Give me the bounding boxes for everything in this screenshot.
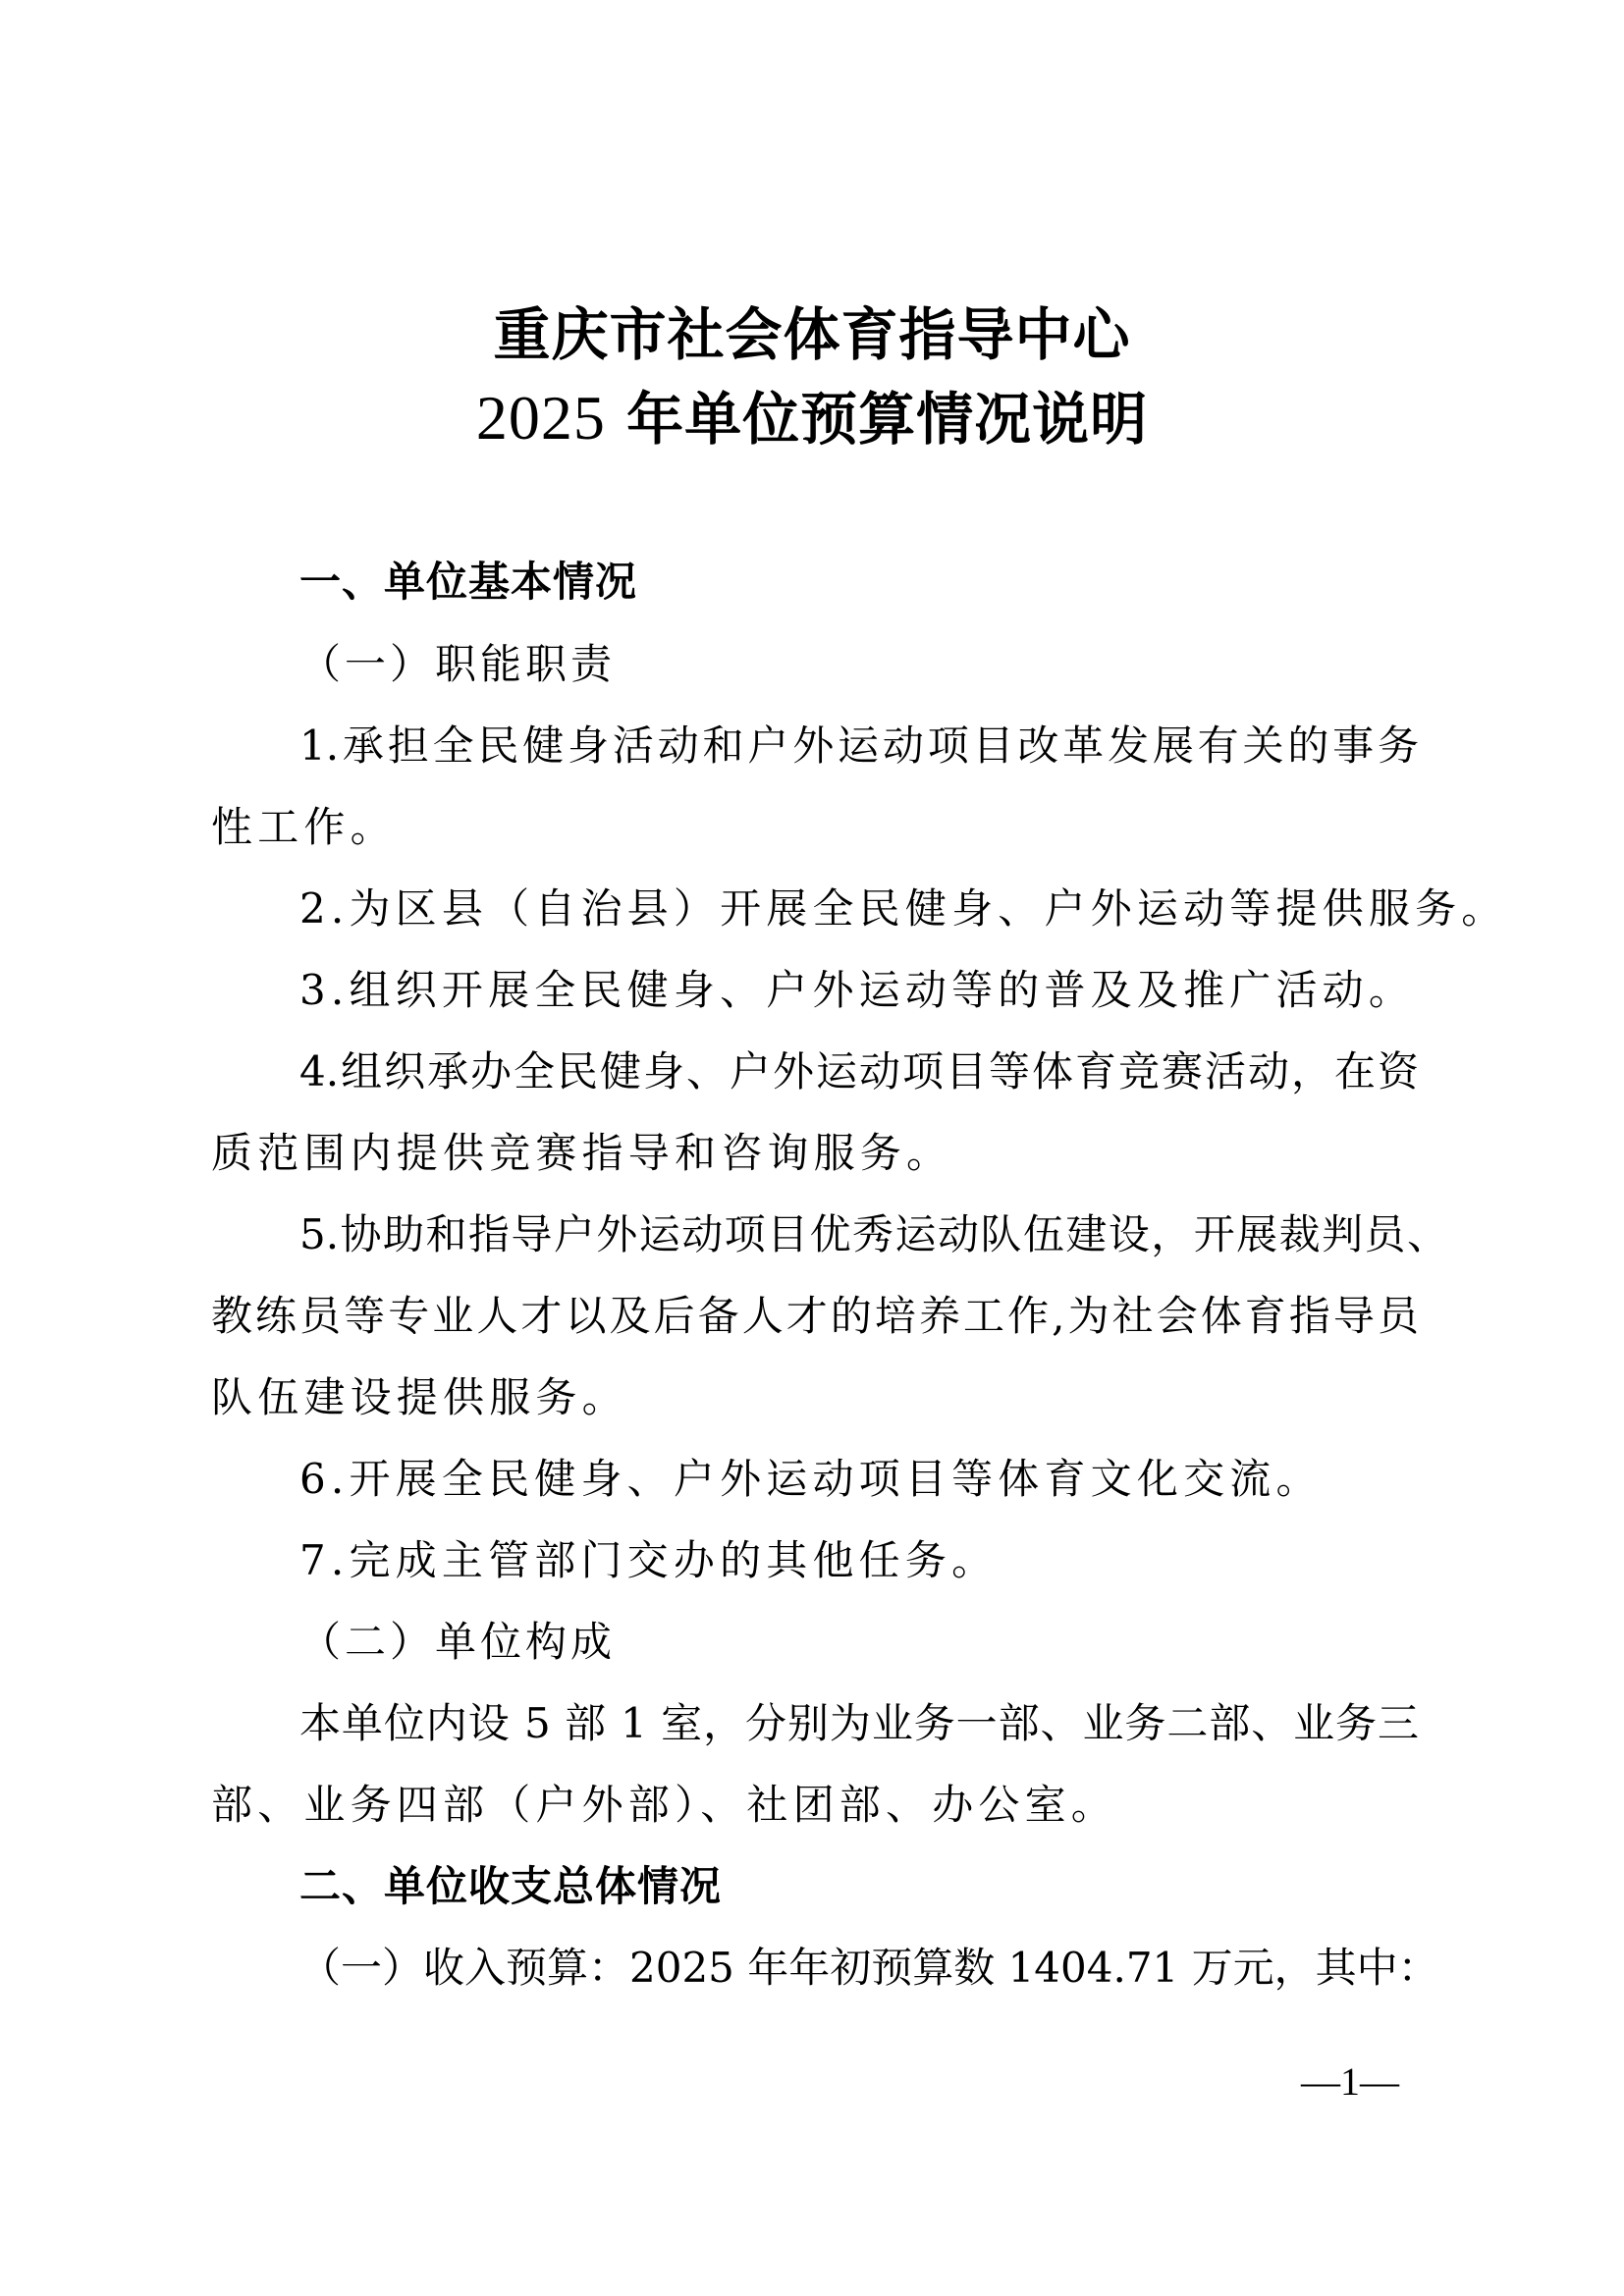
subsection-heading-duties: （一）职能职责 bbox=[299, 644, 1507, 685]
title-year: 2025 bbox=[476, 383, 606, 453]
duty-3: 3.组织开展全民健身、户外运动等的普及及推广活动。 bbox=[299, 970, 1507, 1011]
document-title-line2: 2025 年单位预算情况说明 bbox=[0, 387, 1624, 450]
duty-1-line1: 1.承担全民健身活动和户外运动项目改革发展有关的事务 bbox=[299, 725, 1419, 767]
composition-line2: 部、业务四部（户外部）、社团部、办公室。 bbox=[211, 1785, 1419, 1826]
duty-1-line2: 性工作。 bbox=[211, 807, 1419, 848]
title-rest: 年单位预算情况说明 bbox=[606, 386, 1148, 453]
duty-5-line1: 5.协助和指导户外运动项目优秀运动队伍建设，开展裁判员、 bbox=[299, 1214, 1448, 1255]
page-number: —1— bbox=[1301, 2062, 1399, 2102]
composition-line1: 本单位内设 5 部 1 室，分别为业务一部、业务二部、业务三 bbox=[299, 1703, 1419, 1744]
duty-2: 2.为区县（自治县）开展全民健身、户外运动等提供服务。 bbox=[299, 888, 1507, 930]
duty-4-line2: 质范围内提供竞赛指导和咨询服务。 bbox=[211, 1133, 1419, 1174]
duty-6: 6.开展全民健身、户外运动项目等体育文化交流。 bbox=[299, 1459, 1507, 1500]
document-page: 重庆市社会体育指导中心 2025 年单位预算情况说明 一、单位基本情况 （一）职… bbox=[0, 0, 1624, 2296]
document-title-line1: 重庆市社会体育指导中心 bbox=[0, 306, 1624, 363]
subsection-heading-composition: （二）单位构成 bbox=[299, 1622, 1507, 1663]
section-heading-revenue-expenditure: 二、单位收支总体情况 bbox=[299, 1866, 1507, 1907]
duty-4-line1: 4.组织承办全民健身、户外运动项目等体育竞赛活动，在资 bbox=[299, 1051, 1419, 1093]
subsection-income-budget: （一）收入预算：2025 年年初预算数 1404.71 万元，其中： bbox=[299, 1948, 1419, 1989]
duty-5-line2: 教练员等专业人才以及后备人才的培养工作,为社会体育指导员 bbox=[211, 1296, 1419, 1337]
duty-7: 7.完成主管部门交办的其他任务。 bbox=[299, 1540, 1507, 1581]
section-heading-basic-info: 一、单位基本情况 bbox=[299, 561, 1507, 603]
duty-5-line3: 队伍建设提供服务。 bbox=[211, 1377, 1419, 1418]
